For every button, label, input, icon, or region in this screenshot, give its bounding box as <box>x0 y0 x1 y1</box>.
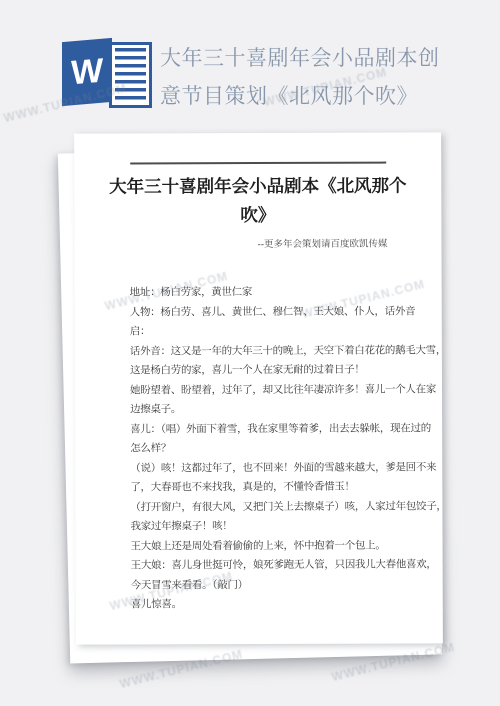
title-rule <box>130 162 386 165</box>
doc-line: 我家过年擦桌子！咳！ <box>130 516 434 537</box>
word-page-lines <box>115 48 146 102</box>
document-page: 大年三十喜剧年会小品剧本《北风那个吹》 --更多年会策划请百度欧凯传媒 地址：杨… <box>74 132 443 644</box>
page-title-line1: 大年三十喜剧年会小品剧本创 <box>160 40 470 78</box>
doc-line: 了，大春哥也不来找我，真是的，不懂怜香惜玉！ <box>130 477 434 498</box>
doc-line: 怎么样？ <box>130 438 434 459</box>
document-title: 大年三十喜剧年会小品剧本《北风那个吹》 <box>102 171 414 230</box>
word-page-icon <box>109 42 152 108</box>
doc-line: 话外音：这又是一年的大年三十的晚上，天空下着白花花的鹅毛大雪， <box>130 341 434 362</box>
doc-line: 人物：杨白劳、喜儿、黄世仁、穆仁智、王大娘、仆人，话外音 <box>130 302 434 323</box>
doc-line: （打开窗户，有很大风，又把门关上去擦桌子）咳，人家过年包饺子， <box>130 497 434 518</box>
doc-line: 地址：杨白劳家，黄世仁家 <box>130 282 434 303</box>
doc-line: 这是杨白劳的家，喜儿一个人在家无耐的过着日子！ <box>130 360 434 381</box>
page-title: 大年三十喜剧年会小品剧本创 意节目策划《北风那个吹》 <box>160 40 470 116</box>
header: W 大年三十喜剧年会小品剧本创 意节目策划《北风那个吹》 <box>0 0 500 133</box>
page-title-line2: 意节目策划《北风那个吹》 <box>160 78 470 116</box>
document-byline: --更多年会策划请百度欧凯传媒 <box>74 236 387 251</box>
doc-line: 今天冒雪来看看。（敲门） <box>131 575 435 596</box>
doc-line: 王大娘：喜儿身世挺可怜，娘死爹跑无人管，只因我儿大春他喜欢， <box>131 555 435 576</box>
doc-line: 喜儿惊喜。 <box>131 594 435 615</box>
doc-line: 王大娘上还是周处看着偷偷的上来，怀中抱着一个包上。 <box>131 536 435 557</box>
document-body: 地址：杨白劳家，黄世仁家 人物：杨白劳、喜儿、黄世仁、穆仁智、王大娘、仆人，话外… <box>130 282 435 615</box>
doc-line: 她盼望着、盼望着，过年了，却又比往年凄凉许多！喜儿一个人在家 <box>130 380 434 401</box>
doc-line: （说）咳！这都过年了，也不回来！外面的雪越来越大，爹是回不来 <box>130 458 434 479</box>
page-background: W 大年三十喜剧年会小品剧本创 意节目策划《北风那个吹》 大年三十喜剧年会小品剧… <box>0 0 500 706</box>
doc-line: 喜儿：（唱）外面下着雪，我在家里等着爹，出去去躲帐，现在过的 <box>130 419 434 440</box>
word-letter: W <box>71 54 103 91</box>
word-document-icon: W <box>62 37 146 109</box>
word-w-panel: W <box>62 38 112 106</box>
doc-line: 边擦桌子。 <box>130 399 434 420</box>
doc-line: 启： <box>130 321 434 342</box>
